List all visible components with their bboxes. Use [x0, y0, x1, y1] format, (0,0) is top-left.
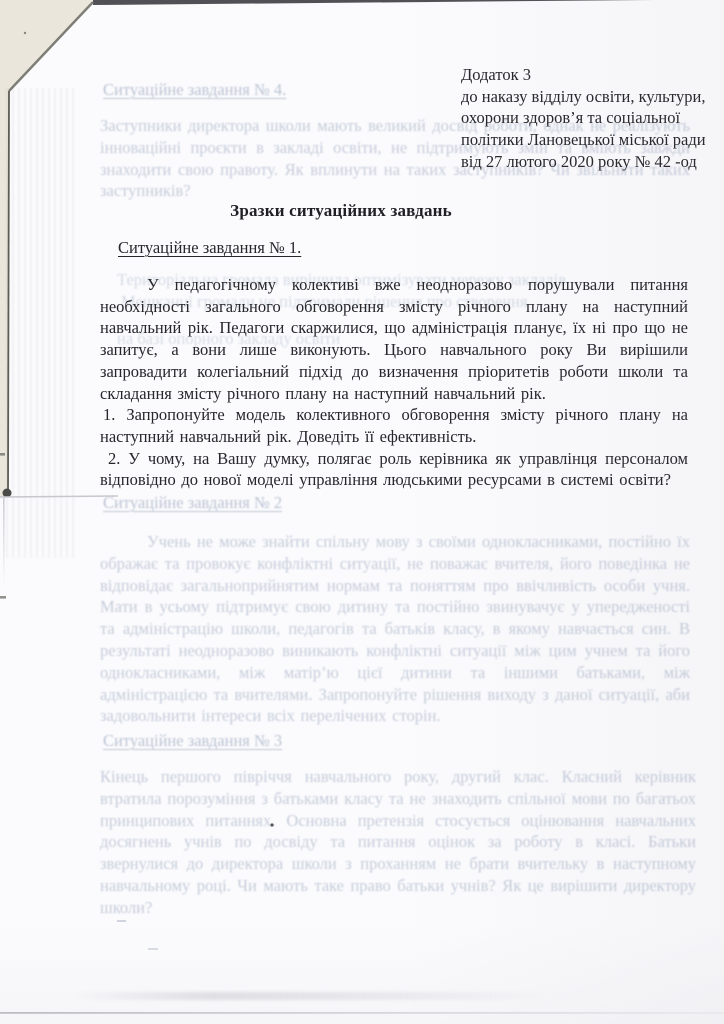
appendix-line: Додаток 3 [461, 64, 711, 86]
task-1-question-1: 1. Запропонуйте модель колективного обго… [100, 404, 688, 447]
appendix-note: Додаток 3 до наказу відділу освіти, куль… [461, 64, 711, 173]
task-1-question-2: 2. У чому, на Вашу думку, полягає роль к… [100, 448, 688, 491]
task-1-block: У педагогічному колективі вже неодноразо… [100, 274, 688, 491]
bleedthrough-task-3-text: Кінець першого півріччя навчального року… [100, 766, 696, 919]
appendix-line: охорони здоров’я та соціальної [461, 107, 711, 129]
appendix-line: політики Лановецької міської ради [461, 129, 711, 151]
appendix-line: до наказу відділу освіти, культури, [461, 86, 711, 108]
task-1-paragraph: У педагогічному колективі вже неодноразо… [100, 274, 688, 404]
appendix-line: від 27 лютого 2020 року № 42 -од [461, 151, 711, 173]
bleedthrough-task-3-heading: Ситуаційне завдання № 3 [103, 730, 282, 752]
bleedthrough-task-4-heading: Ситуаційне завдання № 4. [103, 79, 286, 101]
scanned-document-page: Ситуаційне завдання № 4. Заступники дире… [0, 0, 724, 1024]
document-title: Зразки ситуаційних завдань [56, 200, 626, 222]
scan-smudge [70, 992, 550, 1000]
task-1-heading: Ситуаційне завдання № 1. [118, 237, 301, 259]
scan-streaks [6, 88, 76, 558]
bleedthrough-task-2-text: Учень не може знайти спільну мову з свої… [100, 531, 690, 727]
bleedthrough-task-2-heading: Ситуаційне завдання № 2 [103, 492, 282, 514]
